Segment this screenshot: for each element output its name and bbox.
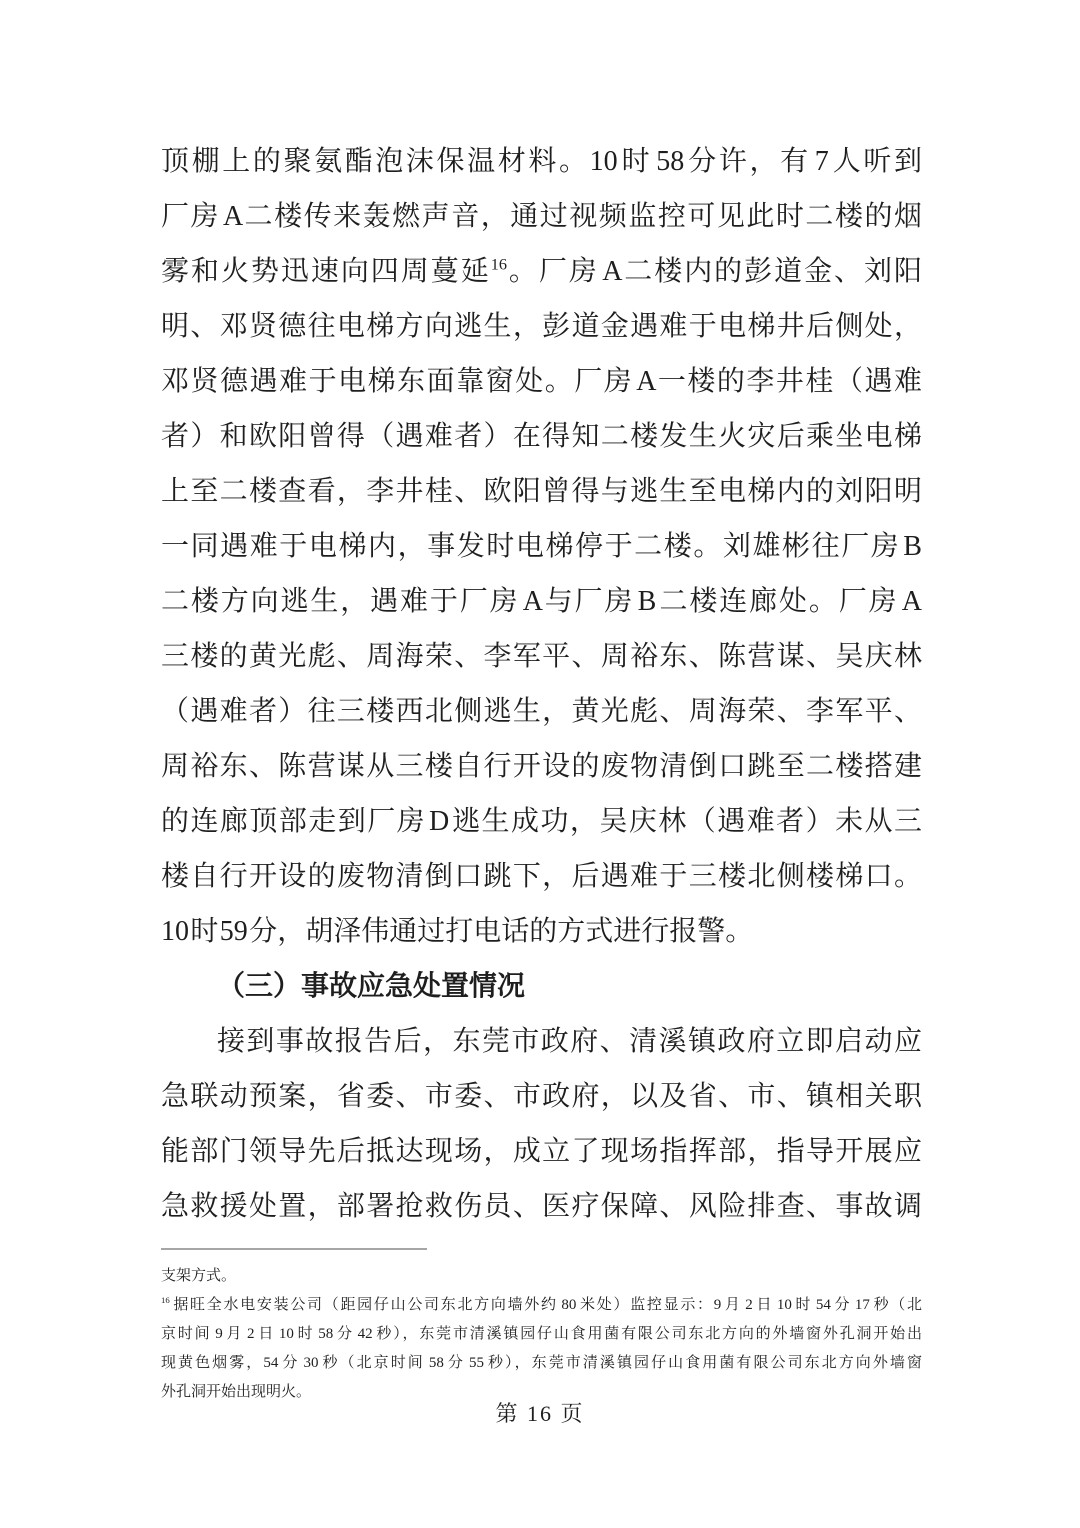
body-line: 二楼方向逃生，遇难于厂房 A 与厂房 B 二楼连廊处。厂房 A — [161, 574, 922, 629]
body-line: 明、邓贤德往电梯方向逃生，彭道金遇难于电梯井后侧处， — [161, 299, 922, 354]
footnote-ref: 16 — [161, 1295, 170, 1305]
footnote-ref: 16 — [491, 256, 507, 274]
body-line: 一同遇难于电梯内，事发时电梯停于二楼。刘雄彬往厂房 B — [161, 519, 922, 574]
page-number-label: 第 16 页 — [495, 1401, 584, 1426]
body-line: 急联动预案，省委、市委、市政府，以及省、市、镇相关职 — [161, 1069, 922, 1124]
body-line: 急救援处置，部署抢救伤员、医疗保障、风险排查、事故调 — [161, 1179, 922, 1234]
page-number: 第 16 页 — [0, 1398, 1080, 1430]
footnote-line: 京时间 9 月 2 日 10 时 58 分 42 秒），东莞市清溪镇园仔山食用菌… — [161, 1320, 922, 1349]
footnote-line: 现黄色烟雾，54 分 30 秒（北京时间 58 分 55 秒），东莞市清溪镇园仔… — [161, 1349, 922, 1378]
body-line: 接到事故报告后，东莞市政府、清溪镇政府立即启动应 — [161, 1014, 922, 1069]
footnote-line: 支架方式。 — [161, 1262, 922, 1291]
body-line: 能部门领导先后抵达现场，成立了现场指挥部，指导开展应 — [161, 1124, 922, 1179]
body-line: 顶棚上的聚氨酯泡沫保温材料。10 时 58 分许，有 7 人听到 — [161, 134, 922, 189]
body-line: 厂房 A 二楼传来轰燃声音，通过视频监控可见此时二楼的烟 — [161, 189, 922, 244]
body-line: 楼自行开设的废物清倒口跳下，后遇难于三楼北侧楼梯口。 — [161, 849, 922, 904]
body-line: 三楼的黄光彪、周海荣、李军平、周裕东、陈营谋、吴庆林 — [161, 629, 922, 684]
section-heading: （三）事故应急处置情况 — [161, 959, 922, 1014]
body-line: （遇难者）往三楼西北侧逃生，黄光彪、周海荣、李军平、 — [161, 684, 922, 739]
body-line: 的连廊顶部走到厂房 D 逃生成功，吴庆林（遇难者）未从三 — [161, 794, 922, 849]
body-line: 邓贤德遇难于电梯东面靠窗处。厂房 A 一楼的李井桂（遇难 — [161, 354, 922, 409]
footnote-line: 16 据旺全水电安装公司（距园仔山公司东北方向墙外约 80 米处）监控显示：9 … — [161, 1291, 922, 1320]
body-line: 周裕东、陈营谋从三楼自行开设的废物清倒口跳至二楼搭建 — [161, 739, 922, 794]
body-line: 10 时 59 分，胡泽伟通过打电话的方式进行报警。 — [161, 904, 922, 959]
body-line: 上至二楼查看，李井桂、欧阳曾得与逃生至电梯内的刘阳明 — [161, 464, 922, 519]
document-page: 顶棚上的聚氨酯泡沫保温材料。10 时 58 分许，有 7 人听到厂房 A 二楼传… — [0, 0, 1080, 1528]
body-text: 顶棚上的聚氨酯泡沫保温材料。10 时 58 分许，有 7 人听到厂房 A 二楼传… — [161, 134, 922, 1234]
body-line: 雾和火势迅速向四周蔓延16。厂房 A 二楼内的彭道金、刘阳 — [161, 244, 922, 299]
footnote-separator — [161, 1248, 427, 1250]
footnotes: 支架方式。16 据旺全水电安装公司（距园仔山公司东北方向墙外约 80 米处）监控… — [161, 1262, 922, 1407]
body-line: 者）和欧阳曾得（遇难者）在得知二楼发生火灾后乘坐电梯 — [161, 409, 922, 464]
